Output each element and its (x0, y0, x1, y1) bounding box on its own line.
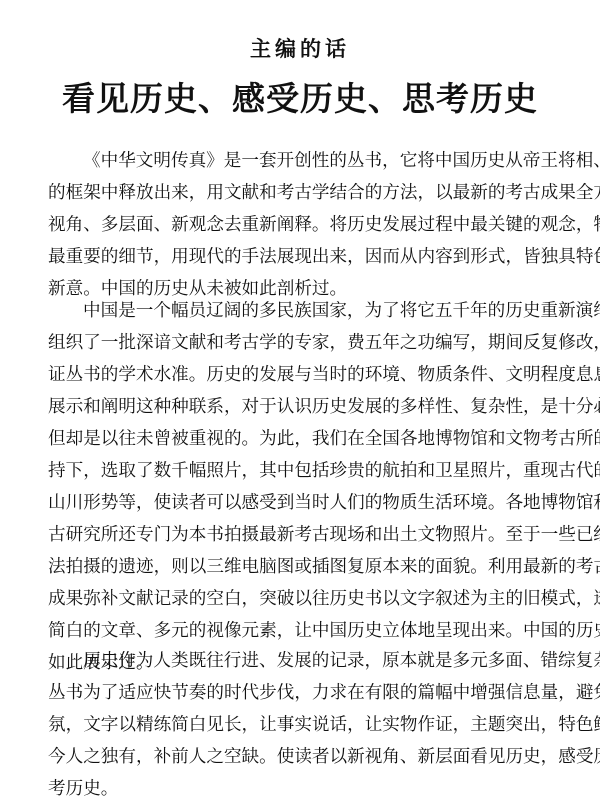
section-subtitle: 主编的话 (0, 33, 600, 63)
paragraph-line: 视角、多层面、新观念去重新阐释。将历史发展过程中最关键的观念，物质文明 (48, 209, 552, 241)
paragraph-line: 今人之独有，补前人之空缺。使读者以新视角、新层面看见历史，感受历史，思 (48, 741, 552, 773)
paragraph-line: 古研究所还专门为本书拍摄最新考古现场和出土文物照片。至于一些已经湮没无 (48, 519, 552, 551)
paragraph-line: 《中华文明传真》是一套开创性的丛书，它将中国历史从帝王将相、改朝换代 (48, 145, 552, 177)
paragraph-line: 的框架中释放出来，用文献和考古学结合的方法，以最新的考古成果全方位、新 (48, 177, 552, 209)
paragraph-line: 丛书为了适应快节奏的时代步伐，力求在有限的篇幅中增强信息量，避免沉闷气 (48, 677, 552, 709)
paragraph-line: 最重要的细节，用现代的手法展现出来，因而从内容到形式，皆独具特色、富有 (48, 241, 552, 273)
paragraph-line: 持下，选取了数千幅照片，其中包括珍贵的航拍和卫星照片，重现古代的都城、 (48, 455, 552, 487)
paragraph-line: 组织了一批深谙文献和考古学的专家，费五年之功编写，期间反复修改，力求保 (48, 327, 552, 359)
paragraph-line: 展示和阐明这种种联系，对于认识历史发展的多样性、复杂性，是十分必要的， (48, 391, 552, 423)
paragraph-line: 简白的文章、多元的视像元素，让中国历史立体地呈现出来。中国的历史从未被 (48, 615, 552, 647)
paragraph-1: 《中华文明传真》是一套开创性的丛书，它将中国历史从帝王将相、改朝换代 的框架中释… (48, 145, 552, 305)
document-page: 主编的话 看见历史、感受历史、思考历史 《中华文明传真》是一套开创性的丛书，它将… (0, 0, 600, 800)
paragraph-3: 历史作为人类既往行进、发展的记录，原本就是多元多面、错综复杂的。本 丛书为了适应… (48, 645, 552, 800)
paragraph-line: 法拍摄的遗迹，则以三维电脑图或插图复原本来的面貌。利用最新的考古研究的 (48, 551, 552, 583)
paragraph-2: 中国是一个幅员辽阔的多民族国家，为了将它五千年的历史重新演绎，我们 组织了一批深… (48, 295, 552, 679)
paragraph-line: 成果弥补文献记录的空白，突破以往历史书以文字叙述为主的旧模式，透过精练 (48, 583, 552, 615)
paragraph-line: 但却是以往未曾被重视的。为此，我们在全国各地博物馆和文物考古所的大力支 (48, 423, 552, 455)
paragraph-line: 证丛书的学术水准。历史的发展与当时的环境、物质条件、文明程度息息相关， (48, 359, 552, 391)
page-title: 看见历史、感受历史、思考历史 (0, 73, 600, 120)
paragraph-line: 中国是一个幅员辽阔的多民族国家，为了将它五千年的历史重新演绎，我们 (48, 295, 552, 327)
paragraph-line: 氛，文字以精练简白见长，让事实说话，让实物作证，主题突出，特色鲜明，取 (48, 709, 552, 741)
paragraph-line: 历史作为人类既往行进、发展的记录，原本就是多元多面、错综复杂的。本 (48, 645, 552, 677)
paragraph-line: 考历史。 (48, 773, 552, 800)
paragraph-line: 山川形势等，使读者可以感受到当时人们的物质生活环境。各地博物馆和文物考 (48, 487, 552, 519)
